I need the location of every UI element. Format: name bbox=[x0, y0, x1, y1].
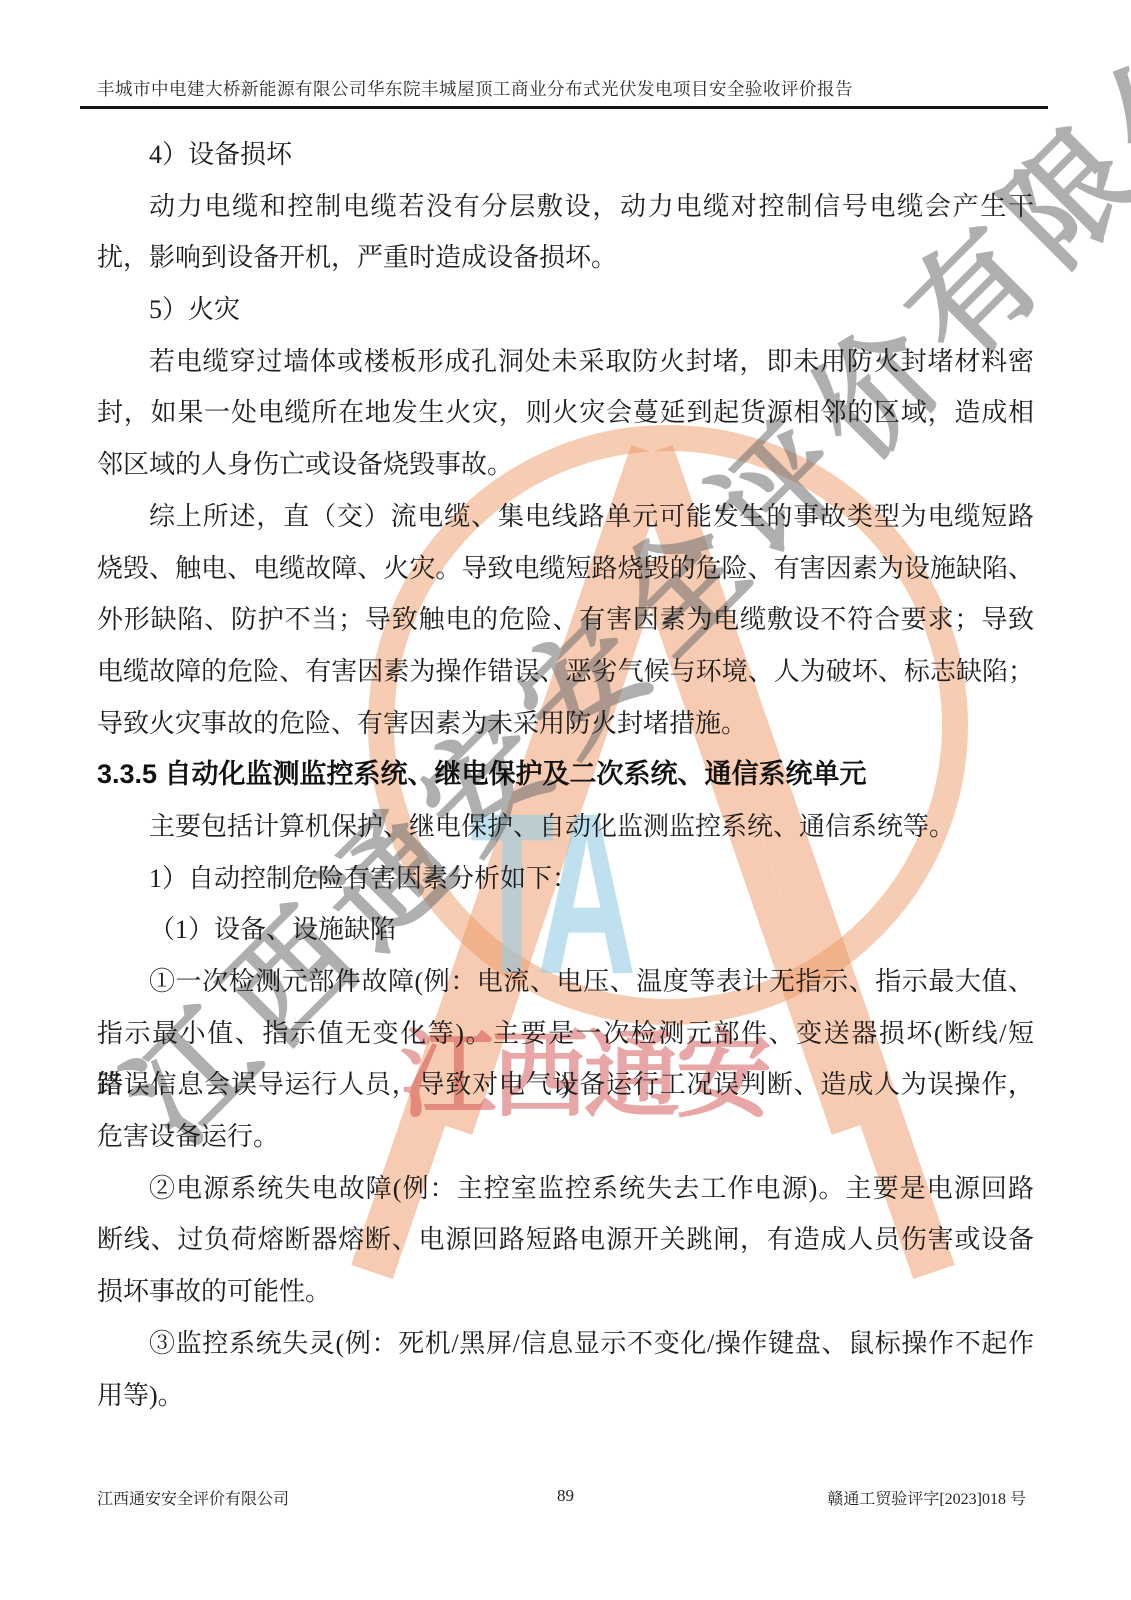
section-heading: 3.3.5 自动化监测监控系统、继电保护及二次系统、通信系统单元 bbox=[97, 749, 1034, 801]
header-rule bbox=[80, 106, 1048, 109]
body-line: 外形缺陷、防护不当；导致触电的危险、有害因素为电缆敷设不符合要求；导致 bbox=[97, 594, 1034, 646]
body-line: 电缆故障的危险、有害因素为操作错误、恶劣气候与环境、人为破坏、标志缺陷； bbox=[97, 646, 1034, 698]
body-line: 用等)。 bbox=[97, 1370, 1034, 1422]
body-line: 4）设备损坏 bbox=[97, 129, 1034, 181]
body-line: 断线、过负荷熔断器熔断、电源回路短路电源开关跳闸，有造成人员伤害或设备 bbox=[97, 1214, 1034, 1266]
body-line: 综上所述，直（交）流电缆、集电线路单元可能发生的事故类型为电缆短路 bbox=[97, 491, 1034, 543]
body-lines: 4）设备损坏动力电缆和控制电缆若没有分层敷设，动力电缆对控制信号电缆会产生干扰，… bbox=[97, 129, 1034, 1421]
body-line: 1）自动控制危险有害因素分析如下： bbox=[97, 853, 1034, 905]
page-header-title: 丰城市中电建大桥新能源有限公司华东院丰城屋顶工商业分布式光伏发电项目安全验收评价… bbox=[97, 76, 853, 101]
body-line: ③监控系统失灵(例：死机/黑屏/信息显示不变化/操作键盘、鼠标操作不起作 bbox=[97, 1318, 1034, 1370]
body-line: 若电缆穿过墙体或楼板形成孔洞处未采取防火封堵，即未用防火封堵材料密 bbox=[97, 336, 1034, 388]
body-line: 封，如果一处电缆所在地发生火灾，则火灾会蔓延到起货源相邻的区域，造成相 bbox=[97, 387, 1034, 439]
body-line: ②电源系统失电故障(例：主控室监控系统失去工作电源)。主要是电源回路 bbox=[97, 1163, 1034, 1215]
body-line: 主要包括计算机保护、继电保护、自动化监测监控系统、通信系统等。 bbox=[97, 801, 1034, 853]
body-line: 指示最小值、指示值无变化等)。主要是一次检测元部件、变送器损坏(断线/短路)， bbox=[97, 1008, 1034, 1060]
body-line: 5）火灾 bbox=[97, 284, 1034, 336]
body-line: （1）设备、设施缺陷 bbox=[97, 904, 1034, 956]
body-line: 扰，影响到设备开机，严重时造成设备损坏。 bbox=[97, 232, 1034, 284]
body-line: ①一次检测元部件故障(例：电流、电压、温度等表计无指示、指示最大值、 bbox=[97, 956, 1034, 1008]
footer-document-number: 赣通工贸验评字[2023]018 号 bbox=[827, 1486, 1026, 1509]
body-line: 导致火灾事故的危险、有害因素为未采用防火封堵措施。 bbox=[97, 698, 1034, 750]
body-line: 烧毁、触电、电缆故障、火灾。导致电缆短路烧毁的危险、有害因素为设施缺陷、 bbox=[97, 543, 1034, 595]
body-line: 邻区域的人身伤亡或设备烧毁事故。 bbox=[97, 439, 1034, 491]
body-line: 损坏事故的可能性。 bbox=[97, 1266, 1034, 1318]
document-page: TA 江西通安 江西通安安全评价有限公司 丰城市中电建大桥新能源有限公司华东院丰… bbox=[0, 0, 1131, 1600]
body-line: 动力电缆和控制电缆若没有分层敷设，动力电缆对控制信号电缆会产生干 bbox=[97, 181, 1034, 233]
body-line: 危害设备运行。 bbox=[97, 1111, 1034, 1163]
body-line: 错误信息会误导运行人员，导致对电气设备运行工况误判断、造成人为误操作， bbox=[97, 1059, 1034, 1111]
